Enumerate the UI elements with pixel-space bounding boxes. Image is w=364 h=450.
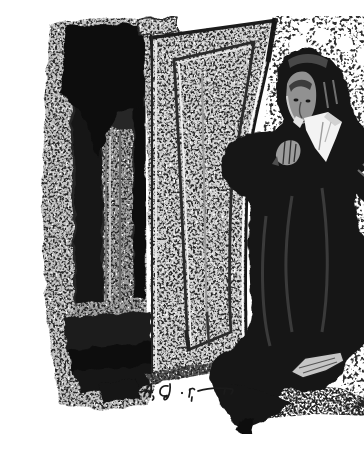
right-eye xyxy=(306,100,311,103)
signature-stroke xyxy=(192,397,193,401)
interior-shadow-right xyxy=(133,104,146,322)
signature-stroke xyxy=(224,389,225,394)
illustration: A startled woman in a long dark dress, h… xyxy=(40,16,364,434)
halo-puff xyxy=(298,22,310,34)
illustration-canvas: A startled woman in a long dark dress, h… xyxy=(40,16,364,434)
halo-puff xyxy=(314,28,330,44)
signature-dot xyxy=(181,392,183,394)
door-top-rail xyxy=(136,17,179,35)
interior-hanging-cloth xyxy=(102,126,134,316)
halo-puff xyxy=(337,36,353,52)
left-eye xyxy=(294,99,299,102)
wardrobe xyxy=(42,18,164,410)
